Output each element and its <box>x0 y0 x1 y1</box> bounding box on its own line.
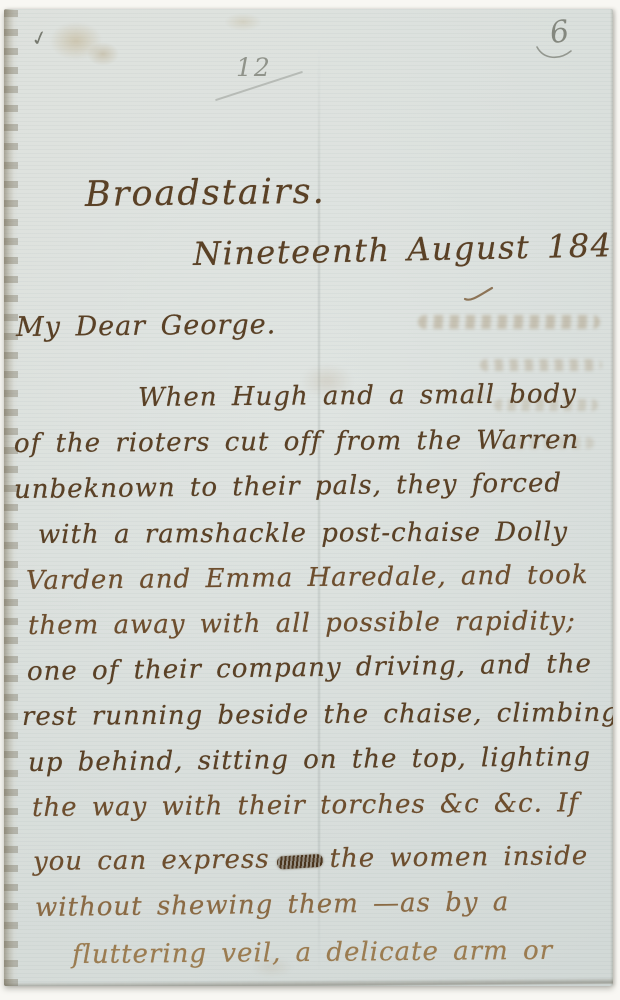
letter-body-line: rest running beside the chaise, climbing <box>22 698 613 732</box>
ink-bleedthrough-smudge <box>480 359 602 371</box>
letter-body-line: one of their company driving, and the <box>27 649 592 687</box>
letter-body-line: of the rioters cut off from the Warren <box>14 425 579 459</box>
ink-deletion-scribble <box>276 854 323 870</box>
letter-body-line: Varden and Emma Haredale, and took <box>26 560 589 596</box>
letter-body-line: unbeknown to their pals, they forced <box>14 468 562 505</box>
paper-stain <box>40 15 112 67</box>
letter-body-line-with-deletion: you can expressthe women inside <box>33 841 588 877</box>
letter-body-line: with a ramshackle post-chaise Dolly <box>38 517 568 550</box>
paper-stain <box>80 37 126 71</box>
manuscript-photo: ✓ 12 6 Broadstairs. Nineteenth August 18… <box>0 0 620 1000</box>
letter-salutation: My Dear George. <box>16 309 277 343</box>
letter-body-line: the way with their torches &c &c. If <box>32 788 579 823</box>
pencil-flourish-icon <box>534 45 574 63</box>
letter-date-line: Nineteenth August 1841. <box>193 226 613 273</box>
ink-bleedthrough-smudge <box>418 315 600 329</box>
letter-body-line: them away with all possible rapidity; <box>28 606 576 641</box>
letter-place-line: Broadstairs. <box>85 172 326 215</box>
letter-body-line: up behind, sitting on the top, lighting <box>28 742 591 778</box>
pencil-leaf-number: 12 <box>236 53 272 82</box>
pencil-checkmark: ✓ <box>28 24 50 51</box>
letter-body-text: the women inside <box>329 841 588 874</box>
paper-stain <box>216 9 270 35</box>
ink-flourish-icon <box>462 285 496 303</box>
page-bottom-edge <box>4 978 613 986</box>
letter-body-line: fluttering veil, a delicate arm or <box>72 936 553 970</box>
page-right-edge <box>610 9 613 986</box>
letter-page: ✓ 12 6 Broadstairs. Nineteenth August 18… <box>4 9 613 986</box>
letter-body-text: you can express <box>33 845 270 877</box>
letter-body-line: without shewing them —as by a <box>35 887 510 923</box>
letter-body-line: When Hugh and a small body <box>138 379 577 413</box>
